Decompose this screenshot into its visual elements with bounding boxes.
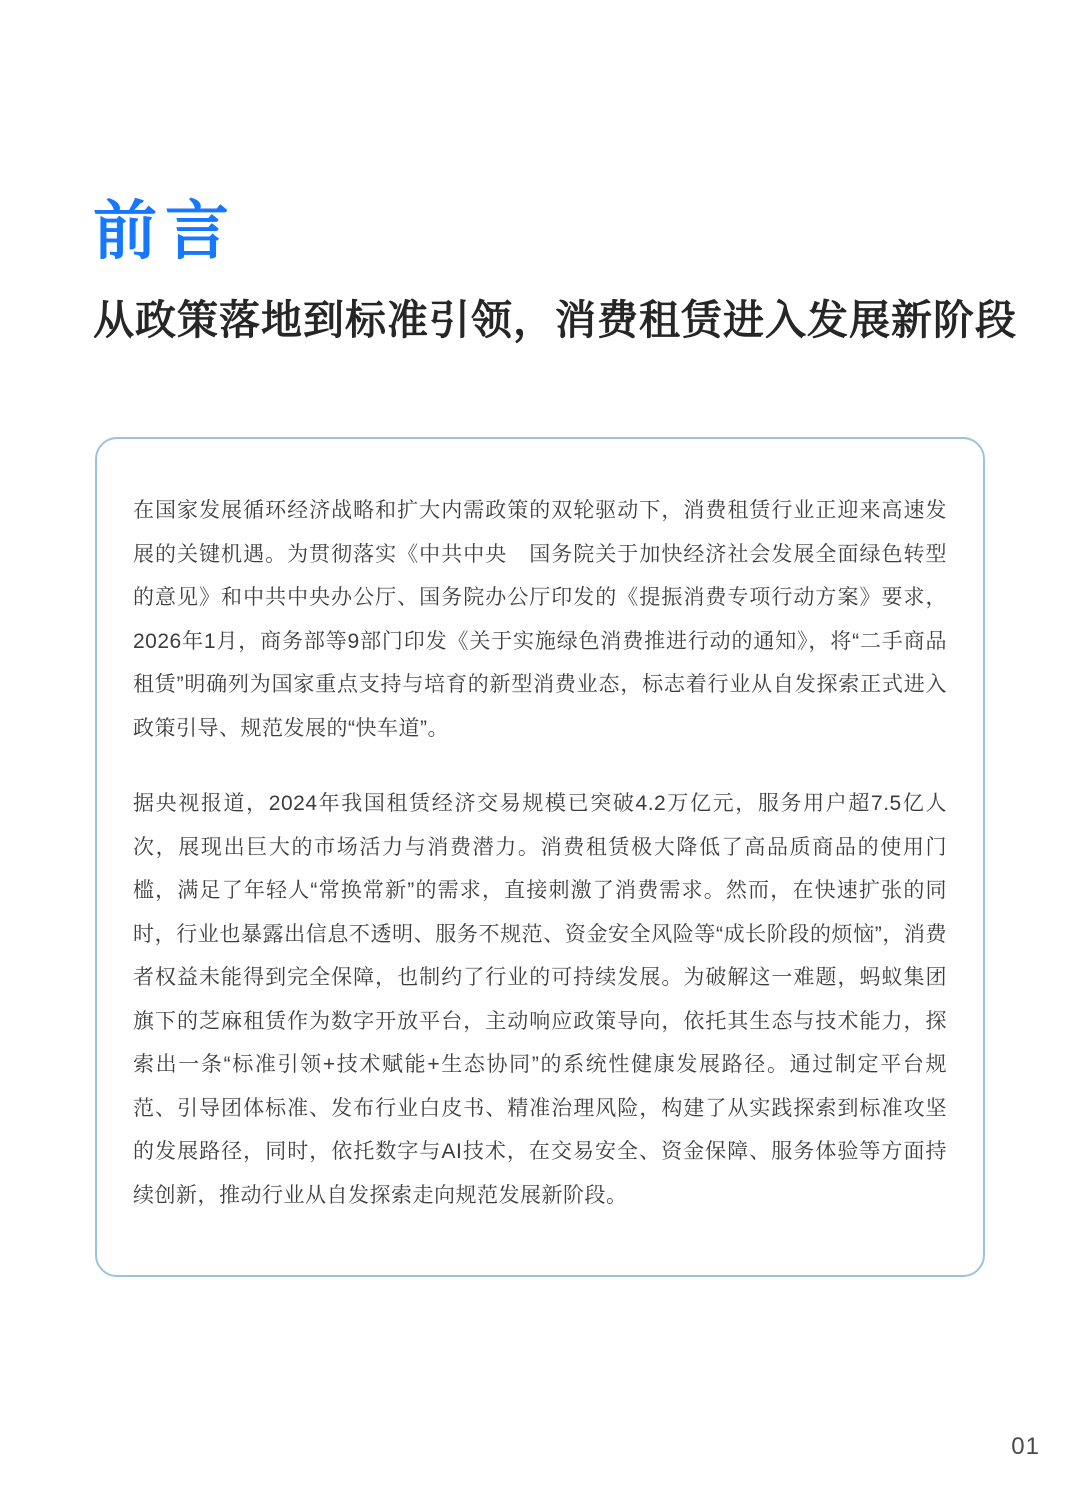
page-subtitle: 从政策落地到标准引领，消费租赁进入发展新阶段 xyxy=(93,294,1017,347)
document-page: 前言 从政策落地到标准引领，消费租赁进入发展新阶段 在国家发展循环经济战略和扩大… xyxy=(0,0,1080,1509)
content-box: 在国家发展循环经济战略和扩大内需政策的双轮驱动下，消费租赁行业正迎来高速发展的关… xyxy=(95,437,985,1277)
page-title: 前言 xyxy=(93,196,237,266)
page-number: 01 xyxy=(1011,1433,1040,1461)
intro-paragraph-1: 在国家发展循环经济战略和扩大内需政策的双轮驱动下，消费租赁行业正迎来高速发展的关… xyxy=(133,489,947,750)
intro-paragraph-2: 据央视报道，2024年我国租赁经济交易规模已突破4.2万亿元，服务用户超7.5亿… xyxy=(133,782,947,1217)
